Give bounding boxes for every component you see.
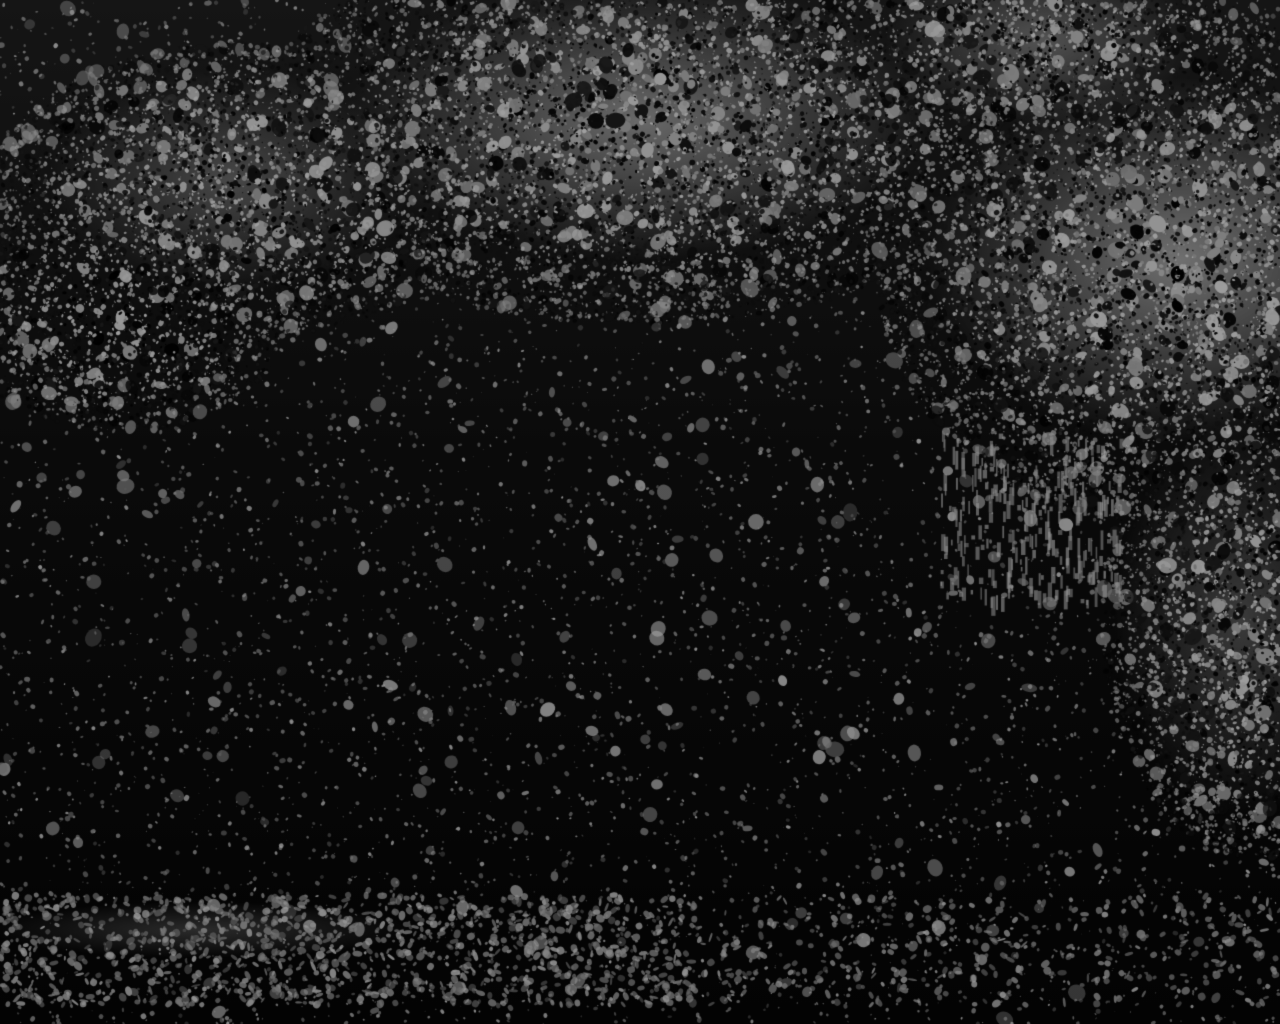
grunge-texture-wallpaper (0, 0, 1280, 1024)
texture-speckle-layer (0, 0, 1280, 1024)
